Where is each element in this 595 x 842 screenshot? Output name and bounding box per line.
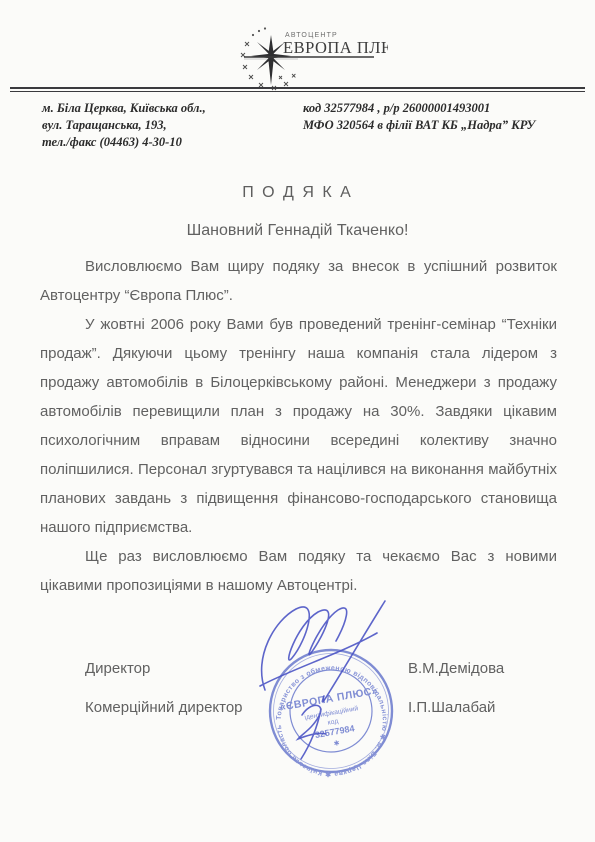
signer-role: Комерційний директор xyxy=(85,699,243,716)
paragraph: У жовтні 2006 року Вами був проведений т… xyxy=(40,310,557,542)
company-logo: АВТОЦЕНТР ЕВРОПА ПЛЮС xyxy=(238,24,388,94)
bank-line: код 32577984 , р/р 26000001493001 xyxy=(303,100,573,117)
address-line: вул. Таращанська, 193, xyxy=(42,117,292,134)
handwritten-signature xyxy=(250,595,410,770)
logo-company-name: ЕВРОПА ПЛЮС xyxy=(283,38,388,57)
letter-page: АВТОЦЕНТР ЕВРОПА ПЛЮС м. Біла Церква, Ки… xyxy=(0,0,595,842)
letter-title: П О Д Я К А xyxy=(0,184,595,202)
address-line: тел./факс (04463) 4-30-10 xyxy=(42,134,292,151)
signer-name: І.П.Шалабай xyxy=(408,699,495,716)
paragraph: Висловлюємо Вам щиру подяку за внесок в … xyxy=(40,252,557,310)
salutation: Шановний Геннадій Ткаченко! xyxy=(0,222,595,240)
address-block: м. Біла Церква, Київська обл., вул. Тара… xyxy=(42,100,292,151)
paragraph: Ще раз висловлюємо Вам подяку та чекаємо… xyxy=(40,542,557,600)
header-divider xyxy=(10,87,585,92)
bank-details-block: код 32577984 , р/р 26000001493001 МФО 32… xyxy=(303,100,573,134)
address-line: м. Біла Церква, Київська обл., xyxy=(42,100,292,117)
signer-role: Директор xyxy=(85,660,150,677)
signer-name: В.М.Демідова xyxy=(408,660,504,677)
bank-line: МФО 320564 в філії ВАТ КБ „Надра” КРУ xyxy=(303,117,573,134)
letter-body: Висловлюємо Вам щиру подяку за внесок в … xyxy=(40,252,557,600)
compass-star-icon: АВТОЦЕНТР ЕВРОПА ПЛЮС xyxy=(238,24,388,94)
